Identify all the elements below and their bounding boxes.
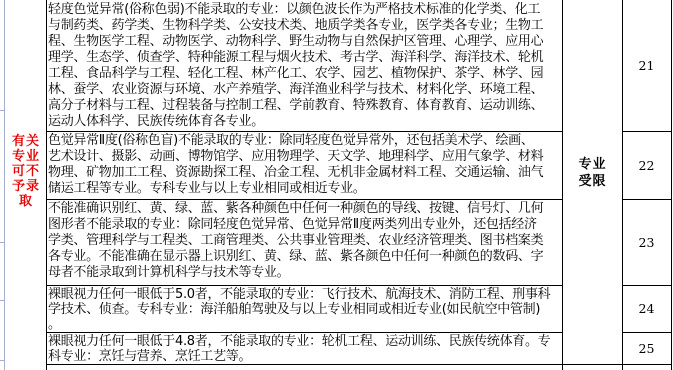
rule-text-line: 裸眼视力任何一眼低于5.0者，不能录取的专业：飞行技术、航海技术、消防工程、刑事… [48, 287, 561, 302]
table-border-vertical [671, 0, 672, 370]
rule-text-line: 物理、矿物加工工程、资源勘探工程、冶金工程、无机非金属材料工程、交通运输、油气 [48, 165, 561, 181]
grid-guide-horizontal [0, 242, 4, 243]
rule-text-line: 林、蚕学、农业资源与环境、水产养殖学、海洋渔业科学与技术、材料化学、环境工程、 [48, 82, 561, 98]
restriction-header-line: 受限 [563, 173, 622, 190]
rule-text-line: 。 [48, 317, 561, 332]
restriction-header-line: 专业 [563, 156, 622, 173]
table-bottom-border [46, 364, 672, 365]
rule-row-text-25: 裸眼视力任何一眼低于4.8者，不能录取的专业：轮机工程、运动训练、民族传统体育。… [48, 334, 561, 364]
rule-text-line: 色觉异常Ⅱ度(俗称色盲)不能录取的专业：除同轻度色觉异常外，还包括美术学、绘画、 [48, 133, 561, 149]
category-label: 有关 专业 可不 予录 取 [6, 134, 46, 209]
rule-text-line: 艺术设计、摄影、动画、博物馆学、应用物理学、天文学、地理科学、应用气象学、材料 [48, 149, 561, 165]
category-label-line: 取 [6, 194, 46, 209]
rule-text-line: 学类、管理科学与工程类、工商管理类、公共事业管理类、农业经济管理类、图书档案类 [48, 233, 561, 249]
rule-text-line: 不能准确识别红、黄、绿、蓝、紫各种颜色中任何一种颜色的导线、按键、信号灯、几何 [48, 201, 561, 217]
grid-guide-vertical [4, 0, 5, 370]
rule-text-line: 工程、食品科学与工程、轻化工程、林产化工、农学、园艺、植物保护、茶学、林学、园 [48, 66, 561, 82]
category-label-line: 予录 [6, 179, 46, 194]
row-number-cell: 23 [622, 199, 671, 285]
rule-text-line: 学技术、侦查。专科专业：海洋船舶驾驶及与以上专业相同或相近专业(如民航空中管制) [48, 302, 561, 317]
rule-text-line: 与制药类、药学类、生物科学类、公安技术类、地质学类各专业，医学类各专业；生物工 [48, 18, 561, 34]
rule-row-text-23: 不能准确识别红、黄、绿、蓝、紫各种颜色中任何一种颜色的导线、按键、信号灯、几何 … [48, 201, 561, 281]
row-divider [46, 285, 563, 286]
rule-row-text-21: 轻度色觉异常(俗称色弱)不能录取的专业：以颜色波长作为严格技术标准的化学类、化工… [48, 2, 561, 130]
rule-text-line: 母者不能录取到计算机科学与技术等专业。 [48, 265, 561, 281]
row-number-cell: 24 [622, 285, 671, 332]
row-number-cell: 22 [622, 131, 671, 199]
grid-guide-horizontal [0, 110, 4, 111]
category-label-line: 有关 [6, 134, 46, 149]
restriction-header: 专业 受限 [563, 156, 622, 190]
rule-text-line: 轻度色觉异常(俗称色弱)不能录取的专业：以颜色波长作为严格技术标准的化学类、化工 [48, 2, 561, 18]
grid-guide-horizontal [0, 360, 4, 361]
medical-exam-restriction-table: 有关 专业 可不 予录 取 轻度色觉异常(俗称色弱)不能录取的专业：以颜色波长作… [0, 0, 673, 370]
row-divider [46, 332, 563, 333]
category-label-line: 专业 [6, 149, 46, 164]
row-number-cell: 25 [622, 332, 671, 364]
grid-guide-horizontal [0, 300, 4, 301]
rule-text-line: 图形者不能录取的专业：除同轻度色觉异常、色觉异常Ⅱ度两类列出专业外，还包括经济 [48, 217, 561, 233]
table-border-vertical [46, 0, 47, 370]
rule-text-line: 运动人体科学、民族传统体育各专业。 [48, 114, 561, 130]
rule-row-text-24: 裸眼视力任何一眼低于5.0者，不能录取的专业：飞行技术、航海技术、消防工程、刑事… [48, 287, 561, 332]
rule-text-line: 裸眼视力任何一眼低于4.8者，不能录取的专业：轮机工程、运动训练、民族传统体育。… [48, 334, 561, 349]
rule-text-line: 理学、生态学、侦查学、特种能源工程与烟火技术、考古学、海洋科学、海洋技术、轮机 [48, 50, 561, 66]
rule-text-line: 各专业。不能准确在显示器上识别红、黄、绿、蓝、紫各颜色中任何一种颜色的数码、字 [48, 249, 561, 265]
row-divider [46, 199, 563, 200]
rule-text-line: 储运工程等专业。专科专业与以上专业相同或相近专业。 [48, 181, 561, 197]
rule-text-line: 程、生物医学工程、动物医学、动物科学、野生动物与自然保护区管理、心理学、应用心 [48, 34, 561, 50]
category-label-line: 可不 [6, 164, 46, 179]
rule-text-line: 科专业：烹饪与营养、烹饪工艺等。 [48, 349, 561, 364]
row-number-cell: 21 [622, 0, 671, 131]
rule-text-line: 高分子材料与工程、过程装备与控制工程、学前教育、特殊教育、体育教育、运动训练、 [48, 98, 561, 114]
row-divider [46, 131, 563, 132]
rule-row-text-22: 色觉异常Ⅱ度(俗称色盲)不能录取的专业：除同轻度色觉异常外，还包括美术学、绘画、… [48, 133, 561, 197]
